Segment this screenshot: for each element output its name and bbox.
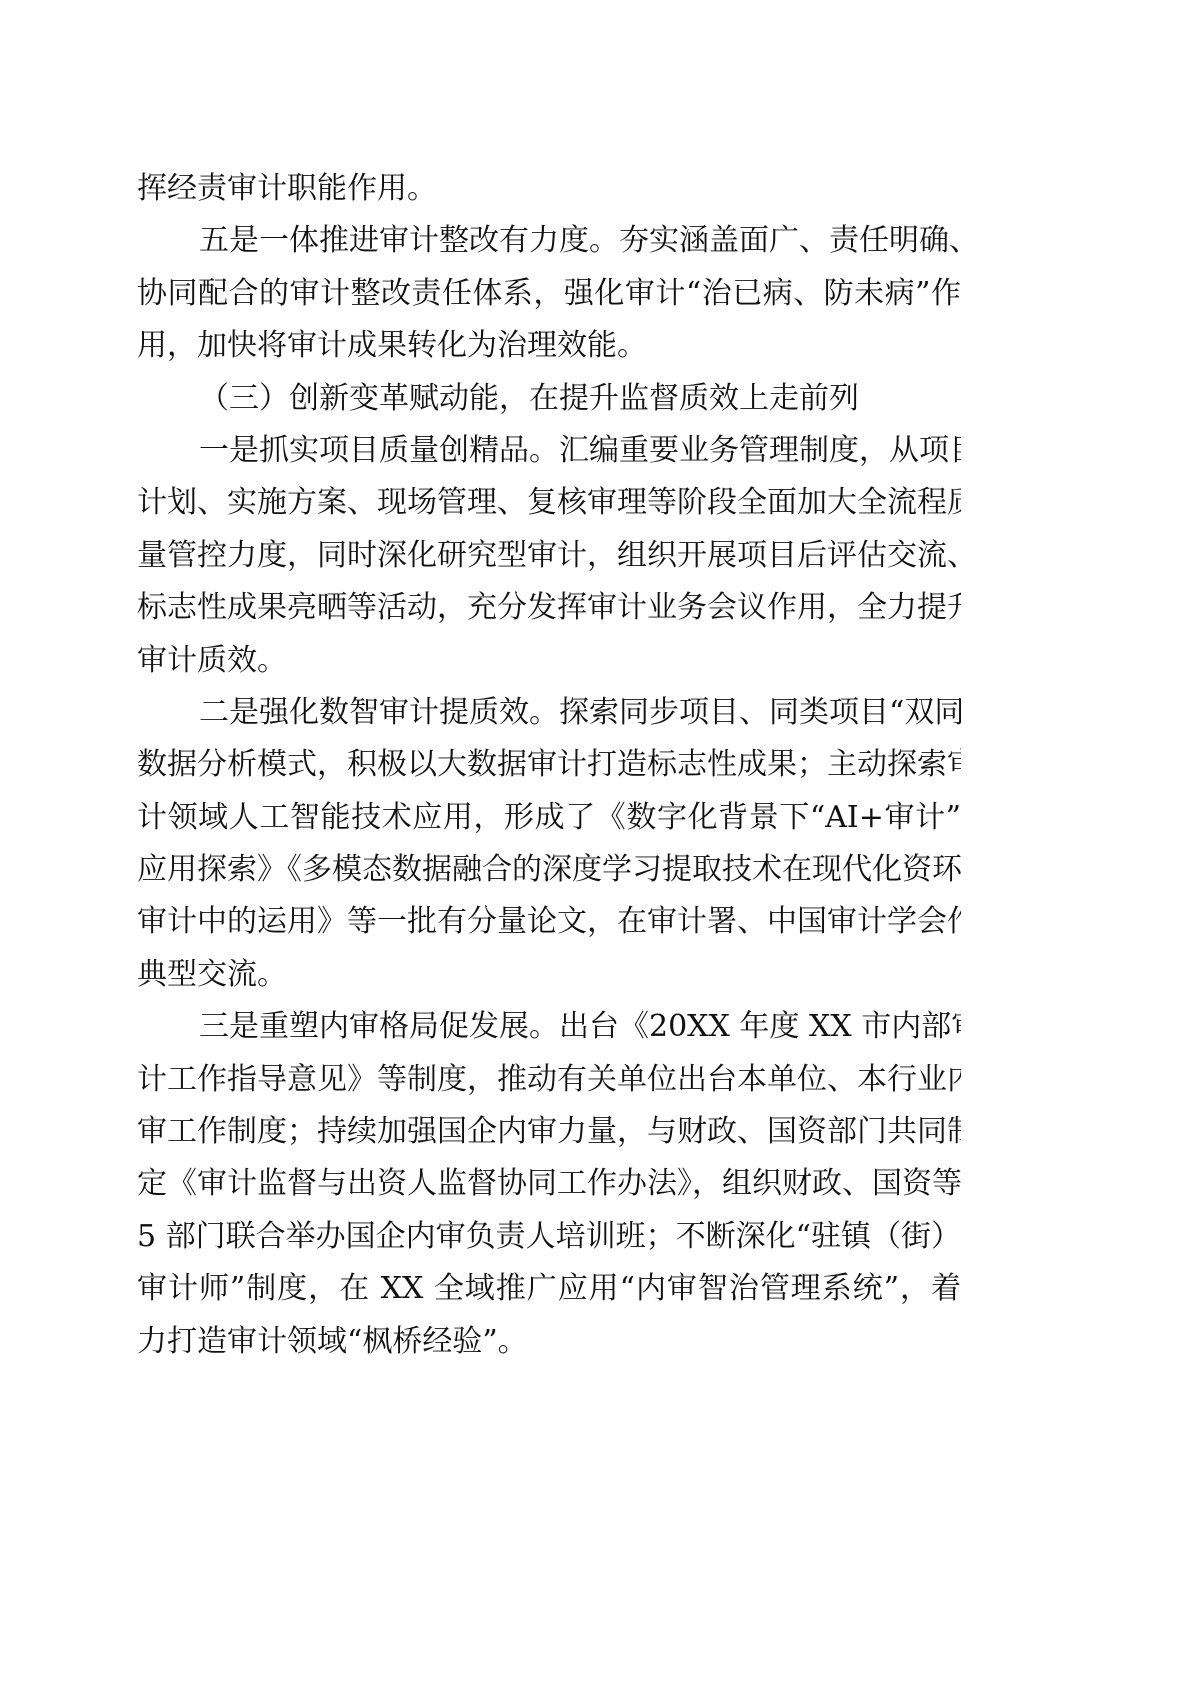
paragraph-line: 标志性成果亮晒等活动，充分发挥审计业务会议作用，全力提升 — [137, 582, 961, 634]
paragraph-line: 用，加快将审计成果转化为治理效能。 — [137, 320, 961, 372]
paragraph-line: 应用探索》《多模态数据融合的深度学习提取技术在现代化资环 — [137, 844, 961, 896]
paragraph-line: 三是重塑内审格局促发展。出台《20XX 年度 XX 市内部审 — [137, 1001, 961, 1053]
paragraph-line: 定《审计监督与出资人监督协同工作办法》，组织财政、国资等 — [137, 1158, 961, 1210]
paragraph-line: 审计质效。 — [137, 635, 961, 687]
paragraph-line: 二是强化数智审计提质效。探索同步项目、同类项目“双同” — [137, 687, 961, 739]
paragraph-line: 数据分析模式，积极以大数据审计打造标志性成果；主动探索审 — [137, 739, 961, 791]
paragraph-line: 挥经责审计职能作用。 — [137, 163, 961, 215]
paragraph-line: 典型交流。 — [137, 949, 961, 1001]
section-heading: （三）创新变革赋动能，在提升监督质效上走前列 — [137, 373, 961, 425]
paragraph-line: 量管控力度，同时深化研究型审计，组织开展项目后评估交流、 — [137, 530, 961, 582]
paragraph-line: 计工作指导意见》等制度，推动有关单位出台本单位、本行业内 — [137, 1054, 961, 1106]
paragraph-line: 计领域人工智能技术应用，形成了《数字化背景下“AI+审计” — [137, 792, 961, 844]
paragraph-line: 协同配合的审计整改责任体系，强化审计“治已病、防未病”作 — [137, 268, 961, 320]
paragraph-line: 五是一体推进审计整改有力度。夯实涵盖面广、责任明确、 — [137, 215, 961, 267]
paragraph-line: 力打造审计领域“枫桥经验”。 — [137, 1316, 961, 1368]
paragraph-line: 计划、实施方案、现场管理、复核审理等阶段全面加大全流程质 — [137, 477, 961, 529]
document-page: 挥经责审计职能作用。 五是一体推进审计整改有力度。夯实涵盖面广、责任明确、 协同… — [137, 163, 961, 1368]
paragraph-line: 审计师”制度，在 XX 全域推广应用“内审智治管理系统”，着 — [137, 1263, 961, 1315]
paragraph-line: 审计中的运用》等一批有分量论文，在审计署、中国审计学会作 — [137, 896, 961, 948]
paragraph-line: 5 部门联合举办国企内审负责人培训班；不断深化“驻镇（街） — [137, 1211, 961, 1263]
paragraph-line: 审工作制度；持续加强国企内审力量，与财政、国资部门共同制 — [137, 1106, 961, 1158]
paragraph-line: 一是抓实项目质量创精品。汇编重要业务管理制度，从项目 — [137, 425, 961, 477]
